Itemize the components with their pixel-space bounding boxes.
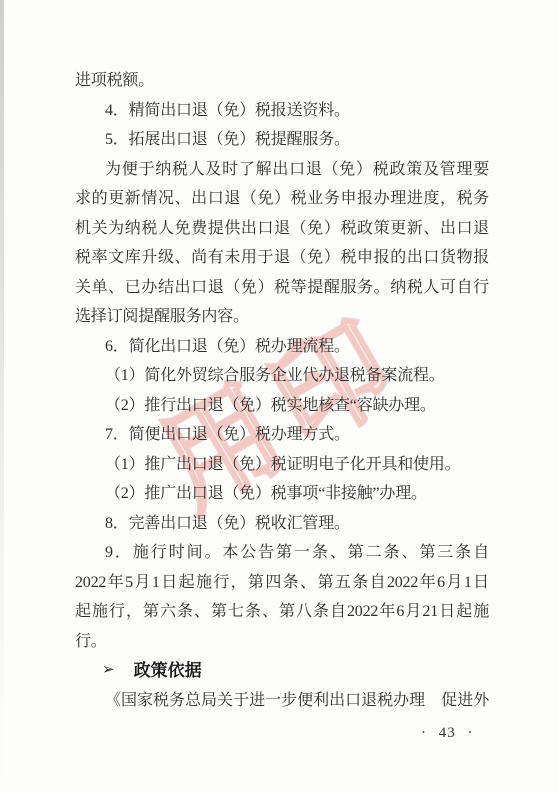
text-line: 选择订阅提醒服务内容。 xyxy=(75,302,489,332)
text-line: （1）简化外贸综合服务企业代办退税备案流程。 xyxy=(75,361,489,391)
text-line: 7．简便出口退（免）税办理方式。 xyxy=(75,420,489,450)
document-page: 用印 进项税额。4．精简出口退（免）税报送资料。5．拓展出口退（免）税提醒服务。… xyxy=(0,0,559,793)
page-number: · 43 · xyxy=(421,725,474,742)
text-line: 《国家税务总局关于进一步便利出口退税办理 促进外 xyxy=(75,686,489,716)
text-line: 8．完善出口退（免）税收汇管理。 xyxy=(75,509,489,539)
text-line: 为便于纳税人及时了解出口退（免）税政策及管理要 xyxy=(75,155,489,185)
text-line: 税率文库升级、尚有未用于退（免）税申报的出口货物报 xyxy=(75,243,489,273)
text-line: 6．简化出口退（免）税办理流程。 xyxy=(75,332,489,362)
text-line: （2）推广出口退（免）税事项“非接触”办理。 xyxy=(75,479,489,509)
arrow-bullet-icon: ➢ xyxy=(102,655,115,685)
text-line: 5．拓展出口退（免）税提醒服务。 xyxy=(75,125,489,155)
text-line: 4．精简出口退（免）税报送资料。 xyxy=(75,96,489,126)
section-heading: ➢ 政策依据 xyxy=(75,656,489,686)
text-line: 求的更新情况、出口退（免）税业务申报办理进度，税务 xyxy=(75,184,489,214)
text-line: 9．施行时间。本公告第一条、第二条、第三条自 xyxy=(75,538,489,568)
section-heading-label: 政策依据 xyxy=(134,656,202,686)
text-line: 进项税额。 xyxy=(75,66,489,96)
text-line: （2）推行出口退（免）税实地核查“容缺办理。 xyxy=(75,391,489,421)
scan-edge-artifact xyxy=(0,0,4,793)
text-line: （1）推广出口退（免）税证明电子化开具和使用。 xyxy=(75,450,489,480)
text-line: 机关为纳税人免费提供出口退（免）税政策更新、出口退 xyxy=(75,214,489,244)
text-line: 关单、已办结出口退（免）税等提醒服务。纳税人可自行 xyxy=(75,273,489,303)
text-line: 2022年5月1日起施行，第四条、第五条自2022年6月1日 xyxy=(75,568,489,598)
text-line: 行。 xyxy=(75,627,489,657)
text-line: 起施行，第六条、第七条、第八条自2022年6月21日起施 xyxy=(75,597,489,627)
text-column: 进项税额。4．精简出口退（免）税报送资料。5．拓展出口退（免）税提醒服务。为便于… xyxy=(75,66,489,715)
